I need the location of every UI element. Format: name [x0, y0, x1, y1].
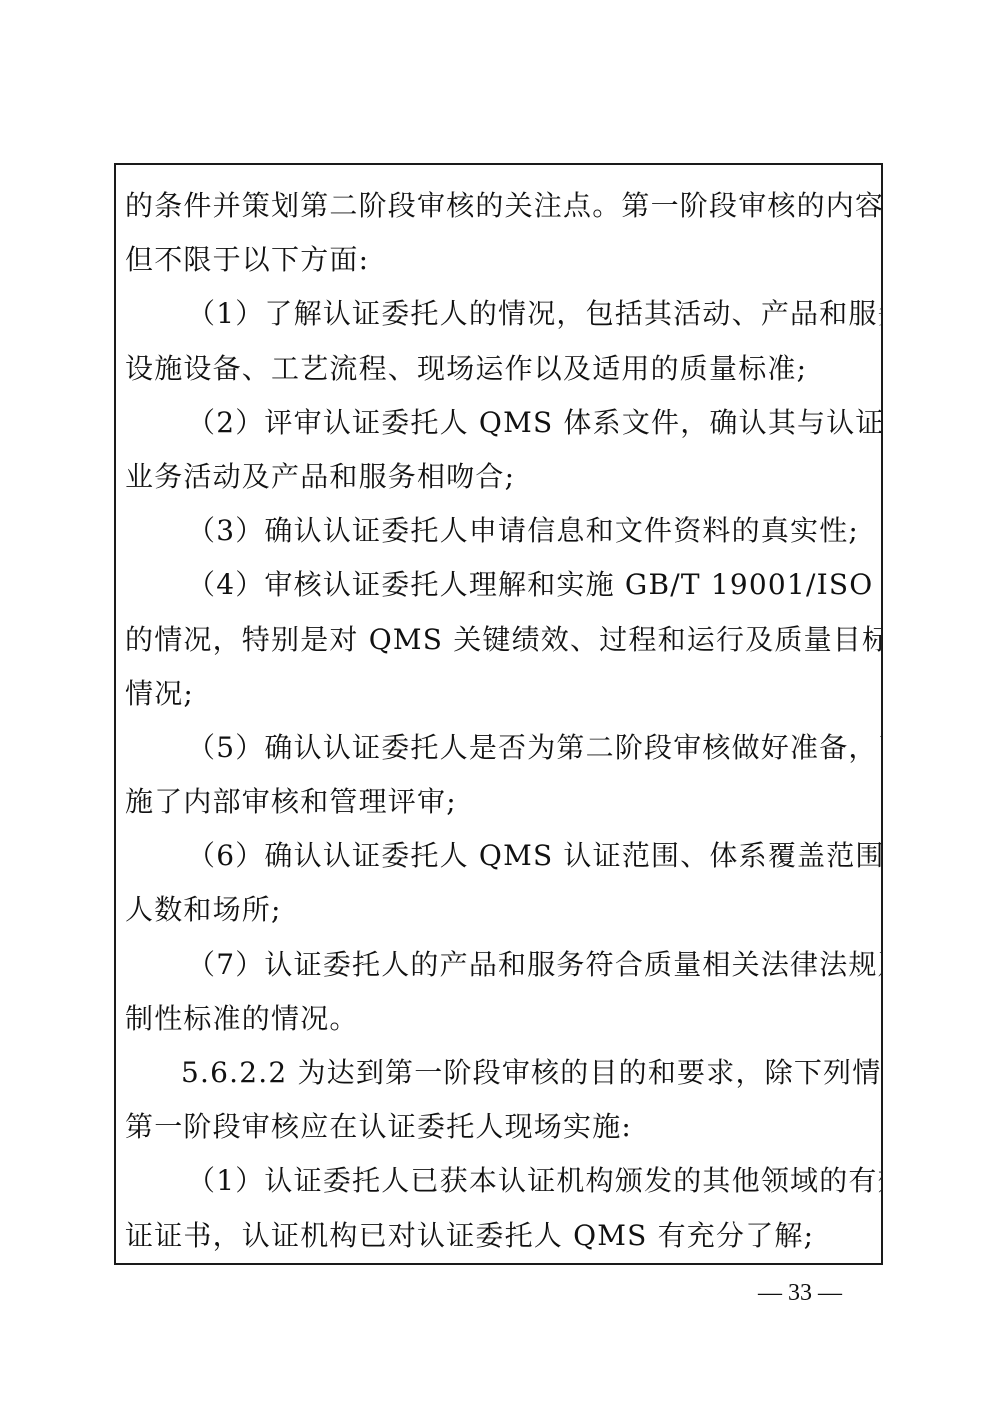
list-item-1-line: （1）了解认证委托人的情况，包括其活动、产品和服务、 — [125, 287, 877, 341]
page-number: — 33 — — [750, 1276, 850, 1310]
exception-item-1-line: （1）认证委托人已获本认证机构颁发的其他领域的有效认 — [125, 1154, 877, 1208]
text-line: 情况; — [125, 667, 877, 721]
list-item-4-line: （4）审核认证委托人理解和实施 GB/T 19001/ISO 9001 标准 — [125, 558, 877, 612]
list-item-7-line: （7）认证委托人的产品和服务符合质量相关法律法规及强 — [125, 938, 877, 992]
document-frame: 的条件并策划第二阶段审核的关注点。第一阶段审核的内容包括 但不限于以下方面: （… — [114, 163, 883, 1265]
list-item-6-line: （6）确认认证委托人 QMS 认证范围、体系覆盖范围内有效 — [125, 829, 877, 883]
text-line: 但不限于以下方面: — [125, 233, 877, 287]
text-line: 人数和场所; — [125, 883, 877, 937]
document-body: 的条件并策划第二阶段审核的关注点。第一阶段审核的内容包括 但不限于以下方面: （… — [125, 179, 877, 1265]
section-5-6-2-2-heading-line: 5.6.2.2 为达到第一阶段审核的目的和要求，除下列情况外， — [125, 1046, 877, 1100]
text-line: 设施设备、工艺流程、现场运作以及适用的质量标准; — [125, 342, 877, 396]
text-line: 第一阶段审核应在认证委托人现场实施: — [125, 1100, 877, 1154]
list-item-3-line: （3）确认认证委托人申请信息和文件资料的真实性; — [125, 504, 877, 558]
text-line: 的条件并策划第二阶段审核的关注点。第一阶段审核的内容包括 — [125, 179, 877, 233]
text-line: 证证书，认证机构已对认证委托人 QMS 有充分了解; — [125, 1209, 877, 1263]
text-line: 制性标准的情况。 — [125, 992, 877, 1046]
exception-item-2-line: （2）认证委托人获得了经认可机构认可的其他认证机构颁 — [125, 1263, 877, 1265]
list-item-2-line: （2）评审认证委托人 QMS 体系文件，确认其与认证委托人 — [125, 396, 877, 450]
list-item-5-line: （5）确认认证委托人是否为第二阶段审核做好准备，已实 — [125, 721, 877, 775]
text-line: 施了内部审核和管理评审; — [125, 775, 877, 829]
text-line: 的情况，特别是对 QMS 关键绩效、过程和运行及质量目标识别 — [125, 613, 877, 667]
text-line: 业务活动及产品和服务相吻合; — [125, 450, 877, 504]
